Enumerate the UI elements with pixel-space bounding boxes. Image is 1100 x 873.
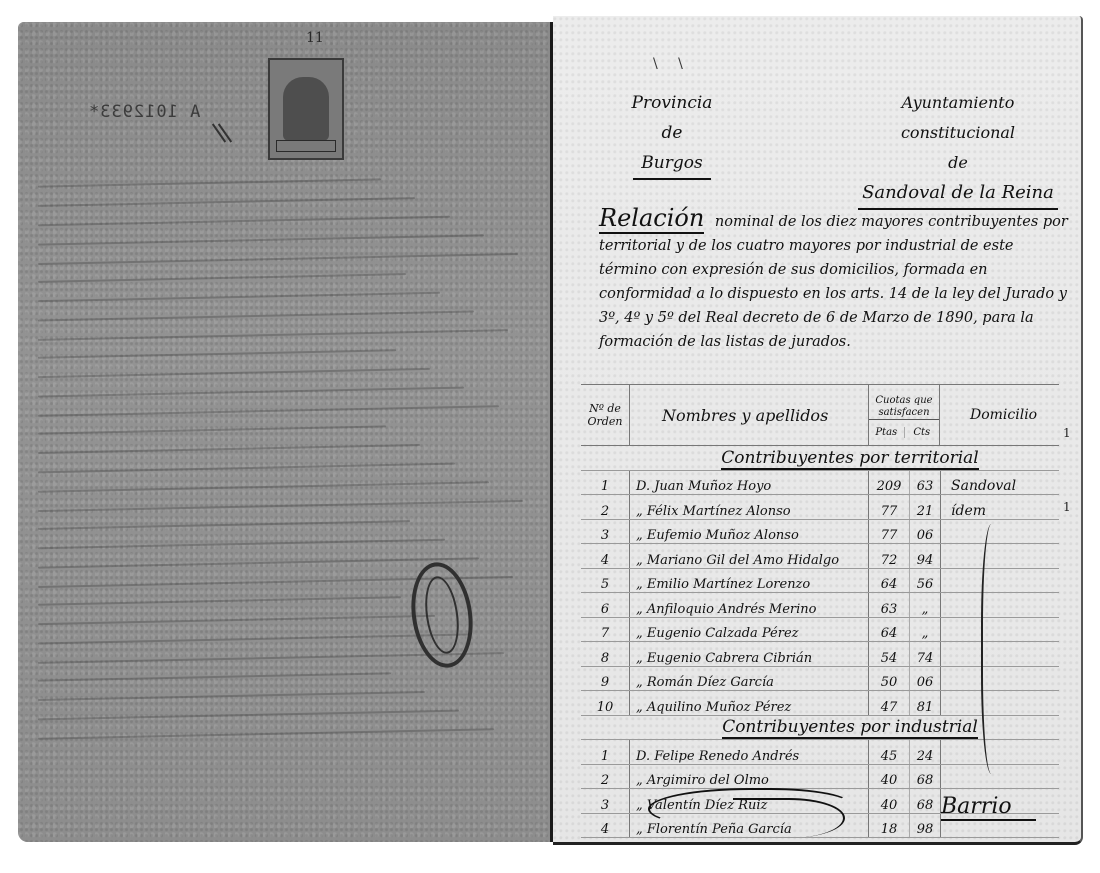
bleed-through-line <box>38 349 396 358</box>
row-centimos: „ <box>909 593 940 617</box>
bleed-through-line <box>38 596 401 606</box>
municipality-de: de <box>853 148 1063 178</box>
bleed-through-line <box>38 557 479 568</box>
header-name-cell: Nombres y apellidos <box>630 385 868 445</box>
contributors-table: Nº de Orden Nombres y apellidos Cuotas q… <box>581 384 1059 838</box>
bleed-through-line <box>38 425 386 434</box>
province-header: Provincia de Burgos <box>617 88 727 180</box>
bleed-through-line <box>38 178 381 187</box>
bleed-through-line <box>38 292 440 302</box>
row-number: 3 <box>581 789 630 813</box>
margin-mark: 1 <box>1063 500 1071 514</box>
header-num-cell: Nº de Orden <box>581 385 630 445</box>
bleed-through-line <box>38 481 489 492</box>
row-name: „ Eugenio Cabrera Cibrián <box>630 642 868 666</box>
bleed-through-line <box>38 728 494 740</box>
row-centimos: 24 <box>909 740 940 764</box>
row-pesetas: 40 <box>868 765 909 789</box>
row-pesetas: 77 <box>868 520 909 544</box>
bleed-through-line <box>38 329 508 341</box>
table-row: 2„ Félix Martínez Alonso7721ídem <box>581 495 1059 520</box>
bleed-through-line <box>38 368 430 378</box>
row-centimos: 98 <box>909 814 940 838</box>
row-centimos: 94 <box>909 544 940 568</box>
row-name: „ Aquilino Muñoz Pérez <box>630 691 868 715</box>
left-page-verso: 11 A 1012933* <box>18 22 553 842</box>
row-pesetas: 64 <box>868 569 909 593</box>
municipality-label: Ayuntamiento constitucional <box>853 88 1063 148</box>
row-pesetas: 45 <box>868 740 909 764</box>
bleed-through-line <box>38 463 454 474</box>
row-pesetas: 77 <box>868 495 909 519</box>
table-row: 1D. Juan Muñoz Hoyo20963Sandoval <box>581 471 1059 496</box>
header-domicilio: Domicilio <box>950 407 1037 423</box>
bleed-through-text <box>38 182 528 752</box>
bleed-through-line <box>38 615 435 625</box>
row-centimos: 68 <box>909 789 940 813</box>
row-name: „ Román Díez García <box>630 667 868 691</box>
row-centimos: 06 <box>909 520 940 544</box>
row-domicilio: Sandoval <box>940 471 1059 495</box>
section-title-row: Contribuyentes por territorial <box>581 446 1059 471</box>
province-name: Burgos <box>633 148 710 180</box>
row-name: D. Juan Muñoz Hoyo <box>630 471 868 495</box>
row-pesetas: 64 <box>868 618 909 642</box>
province-de: de <box>617 118 727 148</box>
bleed-through-line <box>38 387 464 398</box>
row-number: 4 <box>581 544 630 568</box>
bleed-through-line <box>38 216 450 227</box>
row-name: „ Anfiloquio Andrés Merino <box>630 593 868 617</box>
row-number: 3 <box>581 520 630 544</box>
mirrored-serial-number: A 1012933* <box>88 102 200 122</box>
row-number: 10 <box>581 691 630 715</box>
bleed-through-line <box>38 234 484 245</box>
row-pesetas: 209 <box>868 471 909 495</box>
idem-brace-line <box>981 524 1007 774</box>
row-pesetas: 54 <box>868 642 909 666</box>
row-name: „ Mariano Gil del Amo Hidalgo <box>630 544 868 568</box>
row-centimos: 68 <box>909 765 940 789</box>
table-header-row: Nº de Orden Nombres y apellidos Cuotas q… <box>581 384 1059 446</box>
page-top-mark: 11 <box>306 30 324 46</box>
row-pesetas: 72 <box>868 544 909 568</box>
row-number: 1 <box>581 740 630 764</box>
row-number: 4 <box>581 814 630 838</box>
bleed-through-line <box>38 273 405 283</box>
row-number: 2 <box>581 765 630 789</box>
row-number: 9 <box>581 667 630 691</box>
row-pesetas: 47 <box>868 691 909 715</box>
bleed-through-line <box>38 539 445 550</box>
header-num: Nº de Orden <box>581 402 629 428</box>
oval-seal-inner-ring <box>421 574 464 656</box>
header-cuota: Cuotas que satisfacen <box>869 385 939 420</box>
row-number: 2 <box>581 495 630 519</box>
bleed-through-line <box>38 691 425 701</box>
row-pesetas: 40 <box>868 789 909 813</box>
bleed-through-line <box>38 672 391 681</box>
row-name: „ Félix Martínez Alonso <box>630 495 868 519</box>
header-ptas: Ptas <box>869 427 904 438</box>
row-number: 1 <box>581 471 630 495</box>
row-domicilio: ídem <box>940 495 1059 519</box>
top-marks: \ \ <box>653 56 691 72</box>
right-page-recto: \ \ Provincia de Burgos Ayuntamiento con… <box>553 16 1083 845</box>
municipality-header: Ayuntamiento constitucional de Sandoval … <box>853 88 1063 210</box>
row-number: 8 <box>581 642 630 666</box>
row-number: 6 <box>581 593 630 617</box>
bleed-through-line <box>38 710 459 721</box>
row-centimos: „ <box>909 618 940 642</box>
row-centimos: 56 <box>909 569 940 593</box>
row-number: 5 <box>581 569 630 593</box>
row-name: „ Emilio Martínez Lorenzo <box>630 569 868 593</box>
stamp-figure <box>283 77 329 141</box>
bleed-through-line <box>38 405 499 417</box>
row-pesetas: 18 <box>868 814 909 838</box>
margin-marks: 1 1 <box>1063 426 1071 514</box>
intro-paragraph: Relación nominal de los diez mayores con… <box>599 206 1069 354</box>
row-name: „ Argimiro del Olmo <box>630 765 868 789</box>
header-cts: Cts <box>904 427 940 438</box>
row-centimos: 06 <box>909 667 940 691</box>
section-title: Contribuyentes por industrial <box>722 717 978 739</box>
row-centimos: 81 <box>909 691 940 715</box>
section-title: Contribuyentes por territorial <box>721 448 978 470</box>
header-cuota-subcols: Ptas Cts <box>869 420 939 445</box>
row-number: 7 <box>581 618 630 642</box>
flourish-stroke <box>733 798 845 838</box>
bleed-through-line <box>38 253 518 265</box>
row-name: „ Eugenio Calzada Pérez <box>630 618 868 642</box>
row-centimos: 21 <box>909 495 940 519</box>
margin-mark: 1 <box>1063 426 1071 440</box>
bleed-through-line <box>38 310 474 321</box>
bleed-through-line <box>38 520 410 530</box>
bleed-through-line <box>38 500 523 512</box>
header-name: Nombres y apellidos <box>636 406 828 425</box>
row-pesetas: 63 <box>868 593 909 617</box>
intro-lead-word: Relación <box>599 204 704 234</box>
bleed-through-line <box>38 444 420 454</box>
signature: Barrio <box>941 794 1036 821</box>
intro-text: nominal de los diez mayores contribuyent… <box>599 214 1068 350</box>
row-name: D. Felipe Renedo Andrés <box>630 740 868 764</box>
bleed-through-line <box>38 197 415 207</box>
revenue-stamp-icon <box>268 58 344 160</box>
row-centimos: 63 <box>909 471 940 495</box>
row-centimos: 74 <box>909 642 940 666</box>
province-label: Provincia <box>617 88 727 118</box>
row-pesetas: 50 <box>868 667 909 691</box>
row-name: „ Eufemio Muñoz Alonso <box>630 520 868 544</box>
header-cuota-cell: Cuotas que satisfacen Ptas Cts <box>868 385 939 445</box>
stamp-base <box>276 140 336 152</box>
header-domicilio-cell: Domicilio <box>939 385 1059 445</box>
document-scan: 11 A 1012933* \ \ Provincia de Burgos Ay… <box>0 0 1100 873</box>
bleed-through-line <box>38 633 469 644</box>
